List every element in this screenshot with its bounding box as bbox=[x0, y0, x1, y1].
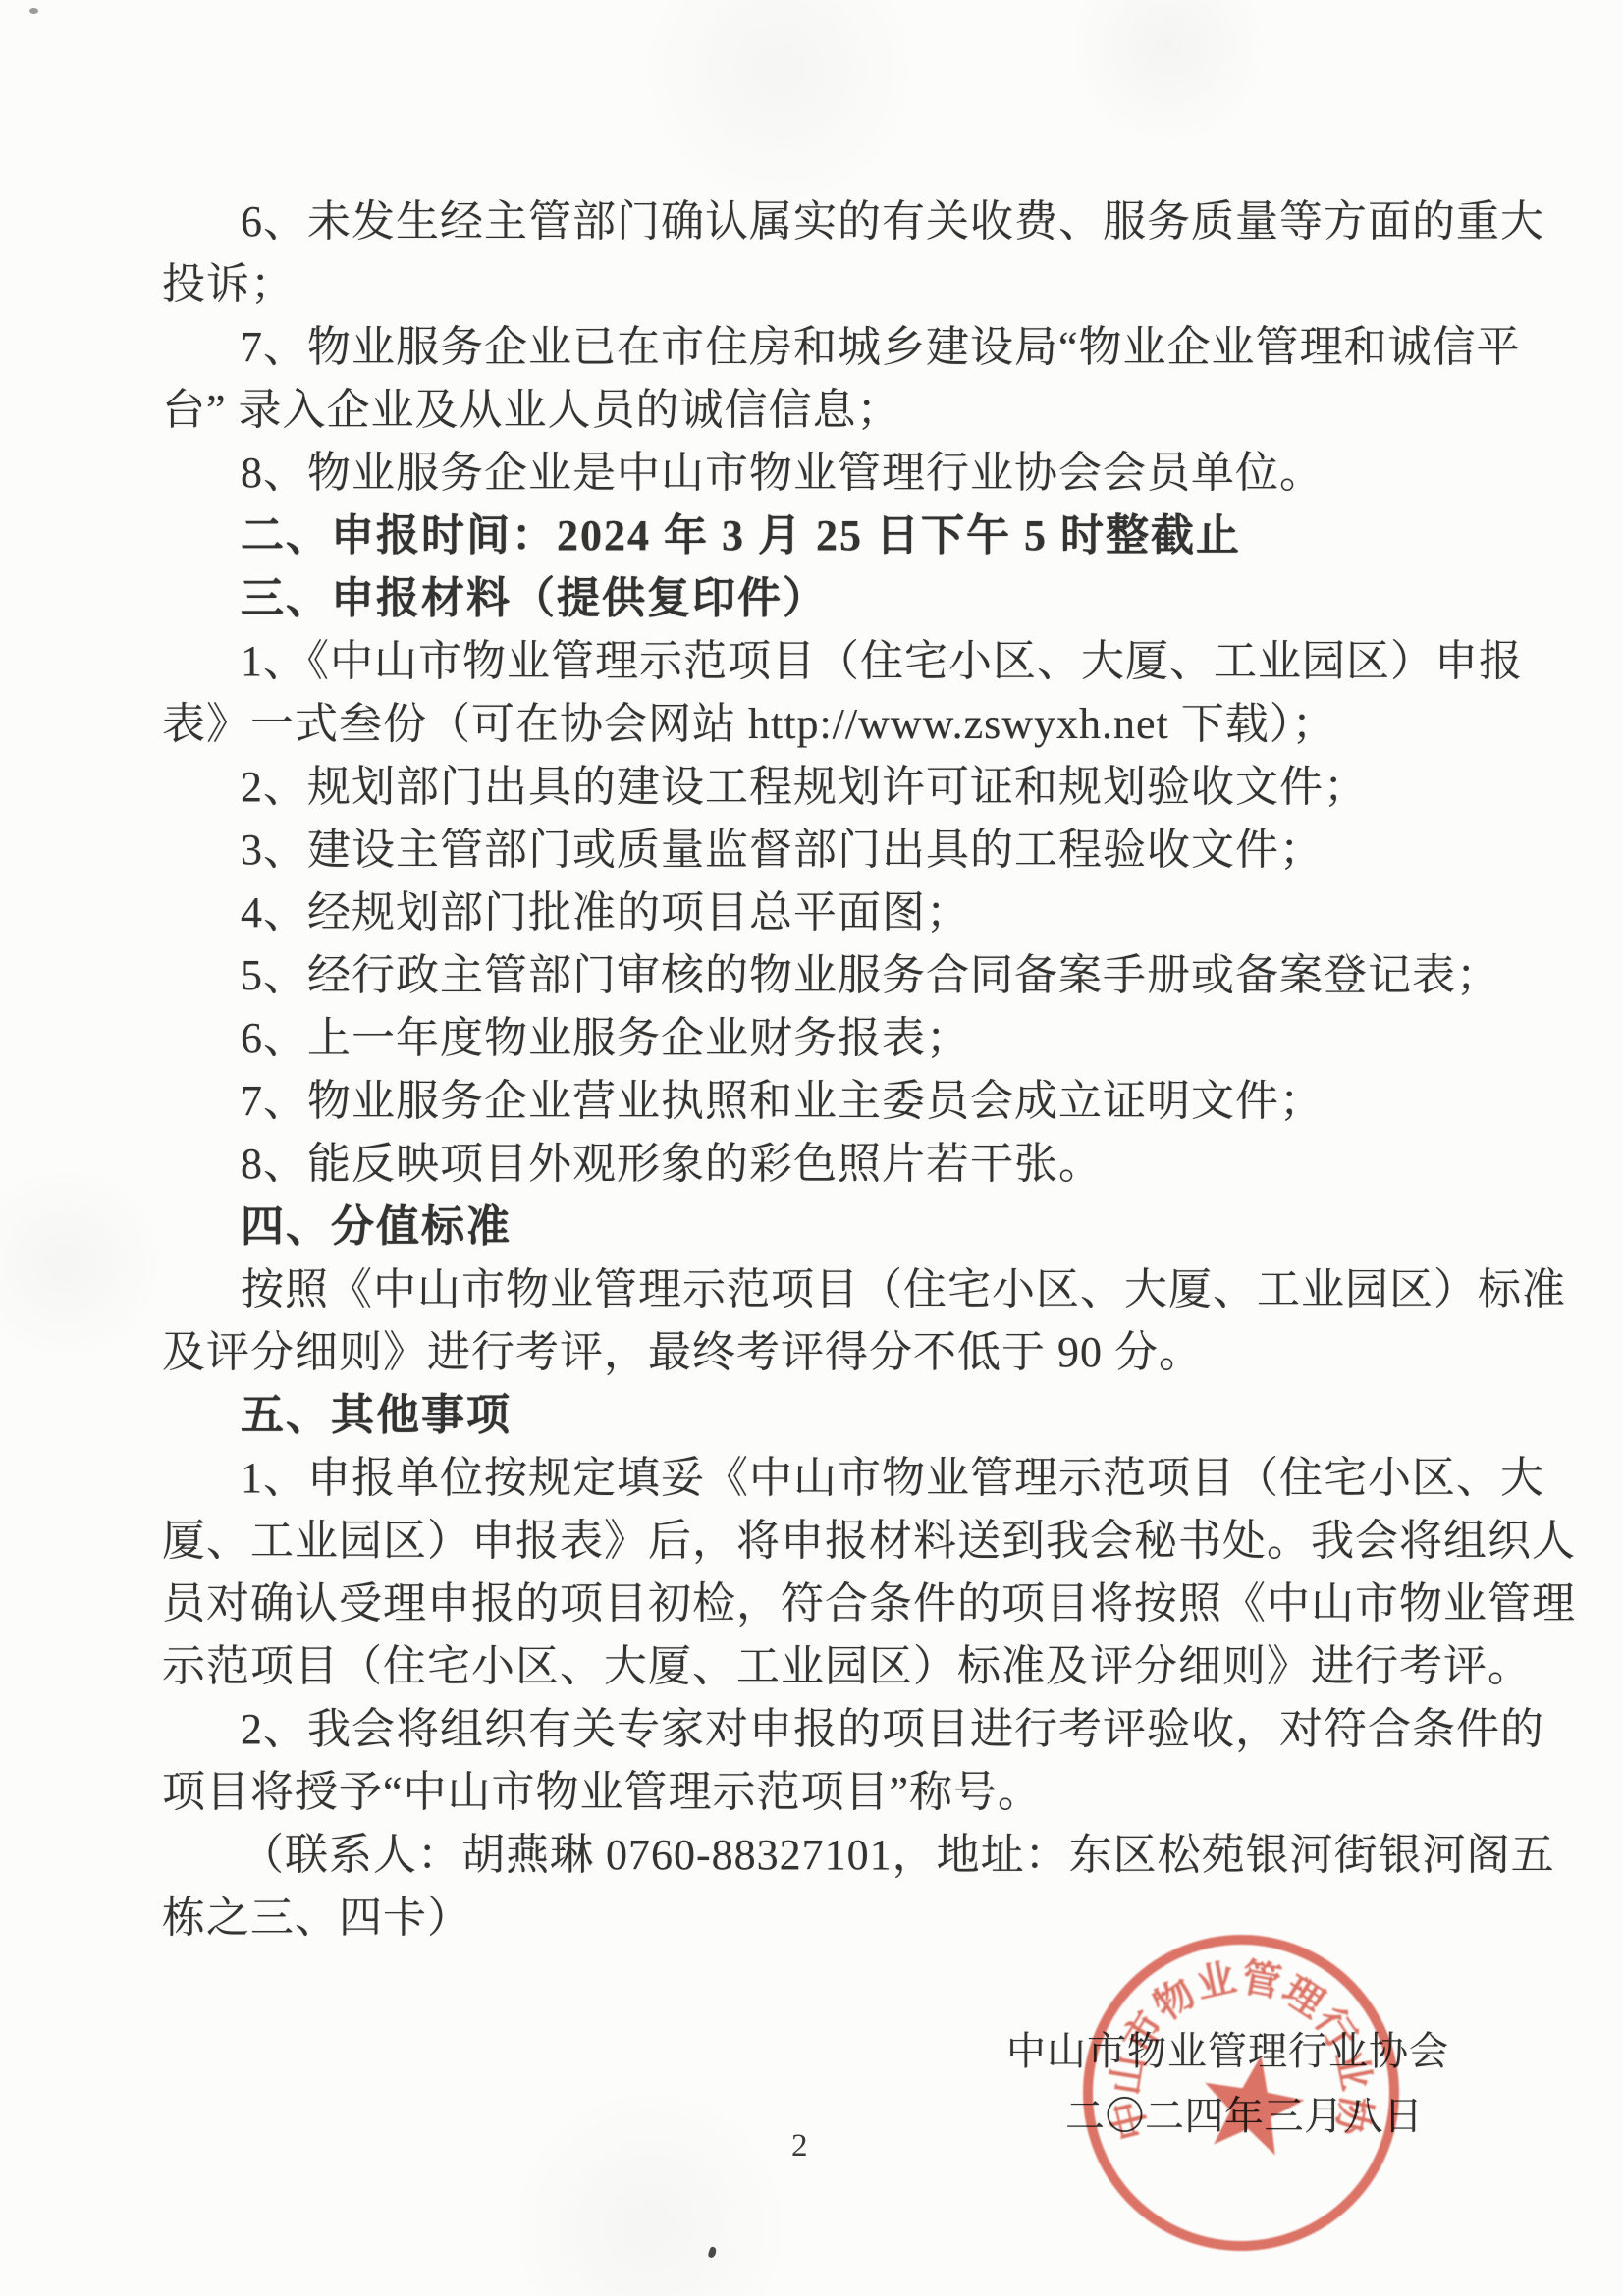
text-line: 1、申报单位按规定填妥《中山市物业管理示范项目（住宅小区、大 bbox=[162, 1447, 1468, 1510]
text-line: 厦、工业园区）申报表》后，将申报材料送到我会秘书处。我会将组织人 bbox=[162, 1510, 1468, 1573]
text-line: 表》一式叁份（可在协会网站 http://www.zswyxh.net 下载）； bbox=[162, 693, 1468, 756]
text-line: 员对确认受理申报的项目初检，符合条件的项目将按照《中山市物业管理 bbox=[162, 1573, 1468, 1635]
text-line: 6、未发生经主管部门确认属实的有关收费、服务质量等方面的重大 bbox=[162, 190, 1468, 253]
text-line: 5、经行政主管部门审核的物业服务合同备案手册或备案登记表； bbox=[162, 944, 1468, 1007]
heading-line: 二、申报时间：2024 年 3 月 25 日下午 5 时整截止 bbox=[162, 505, 1468, 567]
text-line: 项目将授予“中山市物业管理示范项目”称号。 bbox=[162, 1761, 1468, 1824]
text-line: 示范项目（住宅小区、大厦、工业园区）标准及评分细则》进行考评。 bbox=[162, 1635, 1468, 1698]
text-line: 6、上一年度物业服务企业财务报表； bbox=[162, 1007, 1468, 1070]
text-line: 3、建设主管部门或质量监督部门出具的工程验收文件； bbox=[162, 819, 1468, 881]
stamp-star-icon bbox=[1205, 2056, 1304, 2156]
text-line: （联系人：胡燕琳 0760-88327101，地址：东区松苑银河街银河阁五 bbox=[162, 1824, 1468, 1887]
text-line: 1、《中山市物业管理示范项目（住宅小区、大厦、工业园区）申报 bbox=[162, 630, 1468, 693]
official-seal-stamp: 中山市物业管理行业协会 bbox=[1078, 1930, 1404, 2256]
text-line: 2、规划部门出具的建设工程规划许可证和规划验收文件； bbox=[162, 756, 1468, 819]
page-number: 2 bbox=[791, 2128, 808, 2164]
ink-speck bbox=[29, 8, 38, 14]
text-line: 8、物业服务企业是中山市物业管理行业协会会员单位。 bbox=[162, 442, 1468, 505]
text-line: 2、我会将组织有关专家对申报的项目进行考评验收，对符合条件的 bbox=[162, 1698, 1468, 1761]
text-line: 投诉； bbox=[162, 253, 1468, 316]
document-body: 6、未发生经主管部门确认属实的有关收费、服务质量等方面的重大投诉；7、物业服务企… bbox=[162, 190, 1468, 1949]
heading-line: 四、分值标准 bbox=[162, 1196, 1468, 1258]
ink-speck bbox=[707, 2246, 717, 2259]
heading-line: 五、其他事项 bbox=[162, 1384, 1468, 1447]
scanned-document-page: 6、未发生经主管部门确认属实的有关收费、服务质量等方面的重大投诉；7、物业服务企… bbox=[0, 0, 1623, 2296]
text-line: 4、经规划部门批准的项目总平面图； bbox=[162, 881, 1468, 944]
text-line: 台” 录入企业及从业人员的诚信信息； bbox=[162, 379, 1468, 442]
text-line: 7、物业服务企业营业执照和业主委员会成立证明文件； bbox=[162, 1070, 1468, 1133]
heading-line: 三、申报材料（提供复印件） bbox=[162, 567, 1468, 630]
text-line: 按照《中山市物业管理示范项目（住宅小区、大厦、工业园区）标准 bbox=[162, 1258, 1468, 1321]
text-line: 7、物业服务企业已在市住房和城乡建设局“物业企业管理和诚信平 bbox=[162, 316, 1468, 379]
stamp-arc-text: 中山市物业管理行业协会 bbox=[1078, 1930, 1379, 2145]
text-line: 及评分细则》进行考评，最终考评得分不低于 90 分。 bbox=[162, 1321, 1468, 1384]
text-line: 8、能反映项目外观形象的彩色照片若干张。 bbox=[162, 1133, 1468, 1196]
